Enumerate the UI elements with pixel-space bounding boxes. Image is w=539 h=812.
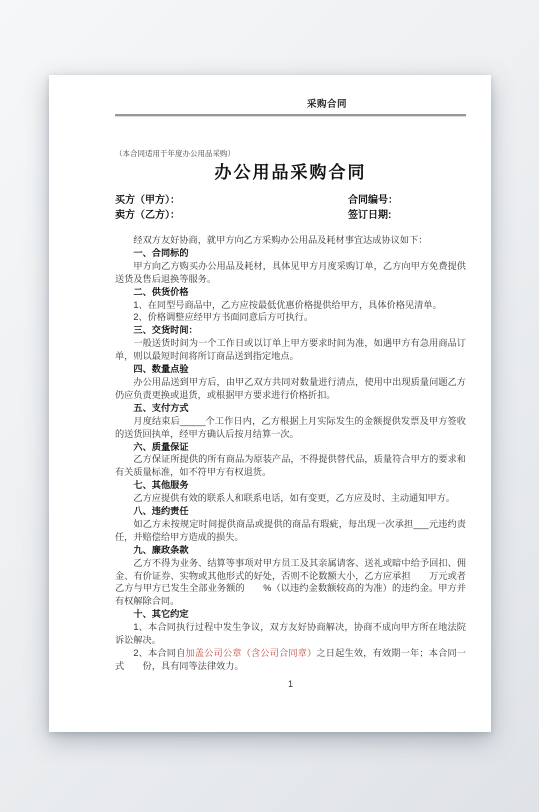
section-9-paragraph: 乙方不得为业务、结算等事项对甲方员工及其亲属请客、送礼或暗中给予回扣、佣金、有价… bbox=[115, 557, 466, 609]
seller-label: 卖方（乙方）： bbox=[115, 208, 348, 223]
applicability-note: （本合同适用于年度办公用品采购） bbox=[115, 149, 466, 159]
contract-page: 采购合同 （本合同适用于年度办公用品采购） 办公用品采购合同 买方（甲方）： 合… bbox=[49, 75, 491, 732]
document-title: 办公用品采购合同 bbox=[115, 162, 466, 184]
section-4-paragraph: 办公用品送到甲方后，由甲乙双方共同对数量进行清点，使用中出现质量问题乙方仍应负责… bbox=[115, 376, 466, 402]
page-number: 1 bbox=[115, 678, 466, 690]
effective-clause: 2、本合同自加盖公司公章（含公司合同章）之日起生效，有效期一年；本合同一式 份，… bbox=[115, 647, 466, 673]
section-4-heading: 四、数量点验 bbox=[115, 363, 466, 376]
intro-paragraph: 经双方友好协商，就甲方向乙方采购办公用品及耗材事宜达成协议如下： bbox=[115, 234, 466, 247]
effective-clause-highlight: 加盖公司公章（含公司合同章） bbox=[185, 648, 316, 658]
section-1-heading: 一、合同标的 bbox=[115, 247, 466, 260]
section-3-heading: 三、交货时间： bbox=[115, 324, 466, 337]
section-2-heading: 二、供货价格 bbox=[115, 286, 466, 299]
section-10-heading: 十、其它约定 bbox=[115, 608, 466, 621]
section-7-paragraph: 乙方应提供有效的联系人和联系电话，如有变更，乙方应及时、主动通知甲方。 bbox=[115, 492, 466, 505]
section-8-heading: 八、违约责任 bbox=[115, 505, 466, 518]
section-5-paragraph: 月度结束后_____个工作日内，乙方根据上月实际发生的金额提供发票及甲方签收的送… bbox=[115, 415, 466, 441]
seller-row: 卖方（乙方）： 签订日期: bbox=[115, 208, 466, 223]
page-background: 采购合同 （本合同适用于年度办公用品采购） 办公用品采购合同 买方（甲方）： 合… bbox=[0, 0, 539, 812]
header-title: 采购合同 bbox=[115, 99, 466, 111]
section-5-heading: 五、支付方式 bbox=[115, 402, 466, 415]
section-9-heading: 九、廉政条款 bbox=[115, 544, 466, 557]
section-7-heading: 七、其他服务 bbox=[115, 479, 466, 492]
section-6-paragraph: 乙方保证所提供的所有商品为原装产品，不得提供替代品，质量符合甲方的要求和有关质量… bbox=[115, 453, 466, 479]
contract-body: 经双方友好协商，就甲方向乙方采购办公用品及耗材事宜达成协议如下： 一、合同标的 … bbox=[115, 234, 466, 690]
section-6-heading: 六、质量保证 bbox=[115, 441, 466, 454]
document-header: 采购合同 bbox=[115, 99, 466, 116]
sign-date-label: 签订日期: bbox=[348, 208, 466, 223]
section-8-paragraph: 如乙方未按规定时间提供商品或提供的商品有瑕疵，每出现一次承担___元违约责任，并… bbox=[115, 518, 466, 544]
buyer-row: 买方（甲方）： 合同编号： bbox=[115, 193, 466, 208]
contract-number-label: 合同编号： bbox=[348, 193, 466, 208]
effective-clause-pre: 2、本合同自 bbox=[133, 648, 185, 658]
buyer-label: 买方（甲方）： bbox=[115, 193, 348, 208]
section-3-paragraph: 一般送货时间为一个工作日或以订单上甲方要求时间为准，如遇甲方有急用商品订单，则以… bbox=[115, 337, 466, 363]
section-1-paragraph: 甲方向乙方购买办公用品及耗材，具体见甲方月度采购订单，乙方向甲方免费提供送货及售… bbox=[115, 260, 466, 286]
section-2-paragraph-2: 2、价格调整应经甲方书面同意后方可执行。 bbox=[115, 311, 466, 324]
section-2-paragraph-1: 1、在同型号商品中，乙方应按最低优惠价格提供给甲方，具体价格见清单。 bbox=[115, 299, 466, 312]
section-10-paragraph-1: 1、本合同执行过程中发生争议，双方友好协商解决，协商不成向甲方所在地法院诉讼解决… bbox=[115, 621, 466, 647]
parties-block: 买方（甲方）： 合同编号： 卖方（乙方）： 签订日期: bbox=[115, 193, 466, 223]
